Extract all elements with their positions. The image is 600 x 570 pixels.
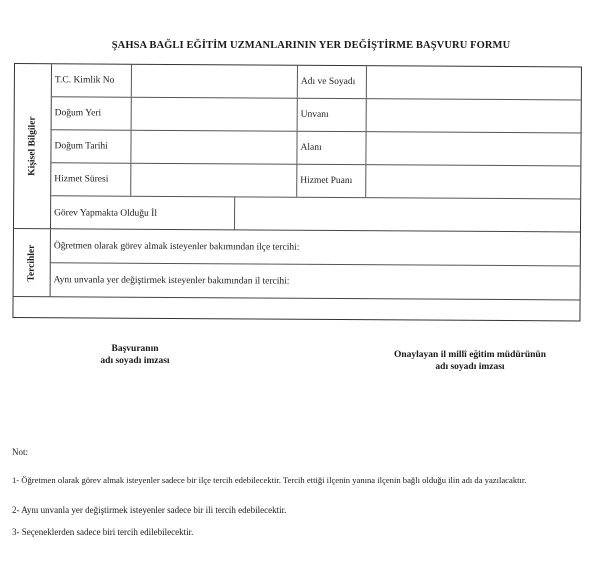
preferences-label-text: Tercihler <box>27 244 37 281</box>
personal-info-section: Kişisel Bilgiler T.C. Kimlik No Adı ve S… <box>14 64 581 232</box>
form-row-tc-name: T.C. Kimlik No Adı ve Soyadı <box>52 64 581 100</box>
title-field[interactable] <box>367 99 581 132</box>
director-signature-block: Onaylayan il millî eğitim müdürünün adı … <box>370 349 570 373</box>
note-item-1: 1- Öğretmen olarak görev almak isteyenle… <box>12 475 526 485</box>
district-preference-label[interactable]: Öğretmen olarak görev almak isteyenler b… <box>51 229 580 265</box>
form-row-birthdate-field: Doğum Tarihi Alanı <box>51 130 580 166</box>
form-row-birthplace-title: Doğum Yeri Unvanı <box>52 97 581 133</box>
province-preference-label[interactable]: Aynı unvanla yer değiştirmek isteyenler … <box>51 263 580 300</box>
province-preference-row[interactable]: Aynı unvanla yer değiştirmek isteyenler … <box>51 263 580 300</box>
name-surname-field[interactable] <box>367 66 581 99</box>
preferences-label: Tercihler <box>14 229 51 296</box>
birthplace-label: Doğum Yeri <box>52 97 132 129</box>
name-surname-label: Adı ve Soyadı <box>298 66 367 98</box>
service-points-field[interactable] <box>366 165 580 198</box>
service-points-label: Hizmet Puanı <box>297 165 366 197</box>
preferences-section: Tercihler Öğretmen olarak görev almak is… <box>14 229 580 300</box>
personal-info-label-text: Kişisel Bilgiler <box>27 116 37 175</box>
note-item-3: 3- Seçeneklerden sadece biri tercih edil… <box>12 527 193 537</box>
director-signature-line1: Onaylayan il millî eğitim müdürünün <box>370 349 570 361</box>
field-of-study-field[interactable] <box>366 132 580 165</box>
tc-kimlik-label: T.C. Kimlik No <box>52 64 132 96</box>
form-row-service: Hizmet Süresi Hizmet Puanı <box>51 163 580 199</box>
director-signature-line2: adı soyadı imzası <box>370 361 570 373</box>
applicant-signature-line1: Başvuranın <box>85 343 185 355</box>
application-form-table: Kişisel Bilgiler T.C. Kimlik No Adı ve S… <box>12 63 582 321</box>
applicant-signature-block: Başvuranın adı soyadı imzası <box>85 343 185 367</box>
notes-heading: Not: <box>12 447 28 457</box>
duty-province-label: Görev Yapmakta Olduğu İl <box>51 196 235 230</box>
field-of-study-label: Alanı <box>297 132 366 164</box>
form-title: ŞAHSA BAĞLI EĞİTİM UZMANLARININ YER DEĞİ… <box>0 40 600 51</box>
form-row-duty-province: Görev Yapmakta Olduğu İl <box>51 196 580 232</box>
tc-kimlik-field[interactable] <box>132 65 298 98</box>
service-duration-label: Hizmet Süresi <box>51 163 131 195</box>
duty-province-field[interactable] <box>235 197 580 232</box>
service-duration-field[interactable] <box>131 164 297 197</box>
birthplace-field[interactable] <box>132 98 298 131</box>
personal-info-label: Kişisel Bilgiler <box>14 64 52 228</box>
title-label: Unvanı <box>298 99 367 131</box>
district-preference-row[interactable]: Öğretmen olarak görev almak isteyenler b… <box>51 229 580 266</box>
birthdate-field[interactable] <box>131 131 297 164</box>
note-item-2: 2- Aynı unvanla yer değiştirmek isteyenl… <box>12 505 286 515</box>
applicant-signature-line2: adı soyadı imzası <box>85 355 185 367</box>
birthdate-label: Doğum Tarihi <box>51 130 131 162</box>
blank-footer-row <box>13 297 579 320</box>
